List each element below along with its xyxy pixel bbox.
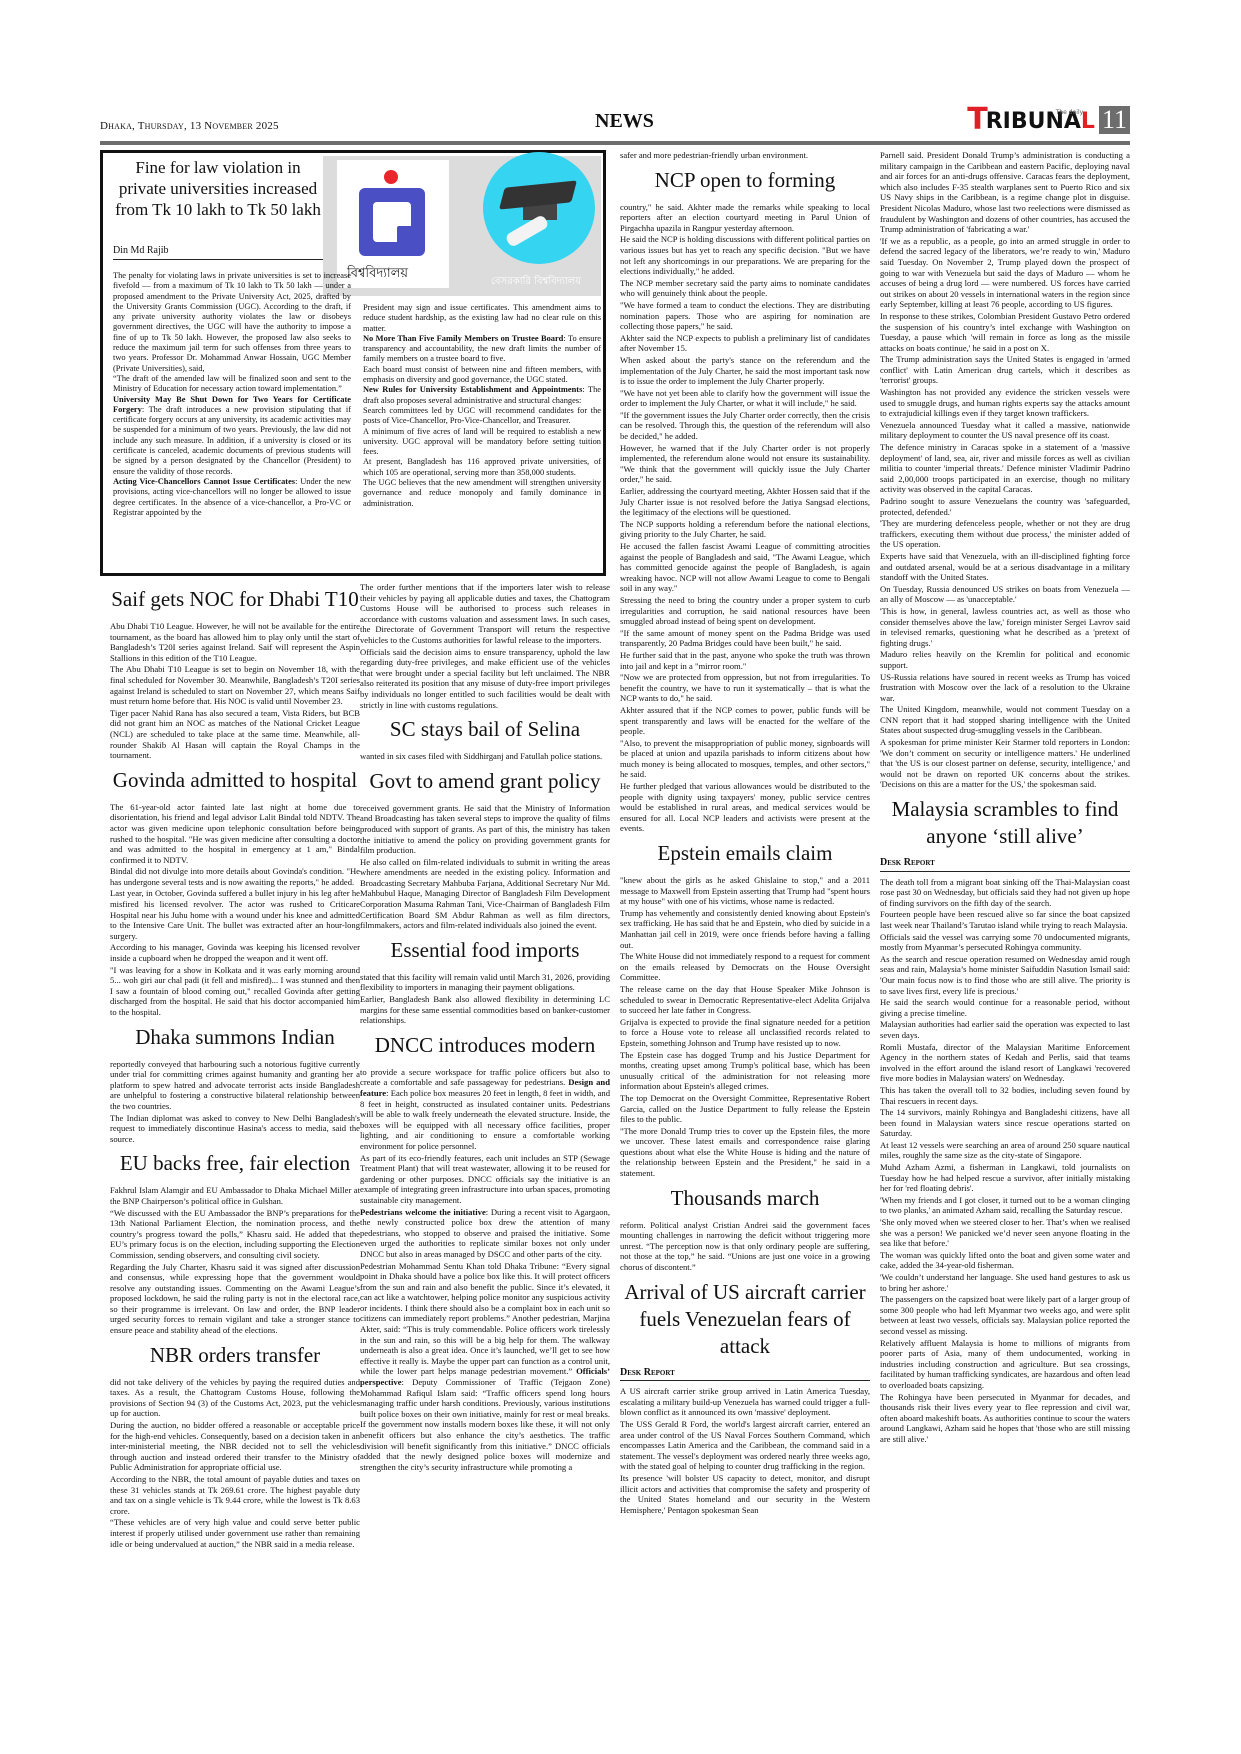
- paragraph: The Trump administration says the United…: [880, 354, 1130, 386]
- paragraph: Experts have said that Venezuela, with a…: [880, 551, 1130, 583]
- paragraph: President may sign and issue certificate…: [363, 303, 601, 334]
- column-3: safer and more pedestrian-friendly urban…: [620, 150, 870, 1516]
- paragraph: The release came on the day that House S…: [620, 984, 870, 1016]
- paragraph: Each board must consist of between nine …: [363, 365, 601, 386]
- paragraph: Fakhrul Islam Alamgir and EU Ambassador …: [110, 1185, 360, 1206]
- paragraph: He further said that in the past, anyone…: [620, 650, 870, 671]
- paragraph: Search committees led by UGC will recomm…: [363, 406, 601, 427]
- headline-nbr: NBR orders transfer: [110, 1342, 360, 1369]
- paragraph: Akhter assured that if the NCP comes to …: [620, 705, 870, 737]
- headline-govinda: Govinda admitted to hospital: [110, 767, 360, 794]
- headline-eu: EU backs free, fair election: [110, 1150, 360, 1177]
- paragraph: reform. Political analyst Cristian Andre…: [620, 1220, 870, 1273]
- paragraph: Regarding the July Charter, Khasru said …: [110, 1262, 360, 1336]
- paragraph: received government grants. He said that…: [360, 803, 610, 856]
- ugc-logo-panel: বিশ্ববিদ্যালয়: [337, 160, 449, 288]
- paragraph: He said the NCP is holding discussions w…: [620, 234, 870, 276]
- paragraph: Earlier, addressing the courtyard meetin…: [620, 486, 870, 518]
- paragraph: The death toll from a migrant boat sinki…: [880, 877, 1130, 909]
- paragraph: Malaysian authorities had earlier said t…: [880, 1019, 1130, 1040]
- paragraph: The penalty for violating laws in privat…: [113, 271, 351, 374]
- paragraph: Venezuela announced Tuesday what it call…: [880, 420, 1130, 441]
- paragraph: He accused the fallen fascist Awami Leag…: [620, 541, 870, 594]
- paragraph: The NCP supports holding a referendum be…: [620, 519, 870, 540]
- logo-tagline: The daily: [1056, 101, 1083, 125]
- paragraph: According to the NBR, the total amount o…: [110, 1474, 360, 1516]
- paragraph: Muhd Azham Azmi, a fisherman in Langkawi…: [880, 1162, 1130, 1194]
- byline-desk-report: Desk Report: [880, 858, 1130, 872]
- newspaper-page: Dhaka, Thursday, 13 November 2025 NEWS T…: [100, 110, 1130, 138]
- paragraph: "We have formed a team to conduct the el…: [620, 300, 870, 332]
- byline-desk-report: Desk Report: [620, 1368, 870, 1382]
- subhead: Acting Vice-Chancellors Cannot Issue Cer…: [113, 477, 295, 486]
- headline-govt: Govt to amend grant policy: [360, 768, 610, 795]
- paragraph: In response to these strikes, Colombian …: [880, 311, 1130, 353]
- paragraph: Abu Dhabi T10 League. However, he will n…: [110, 621, 360, 663]
- paragraph: He also called on film-related individua…: [360, 857, 610, 931]
- feature-article-box: Fine for law violation in private univer…: [100, 150, 606, 576]
- headline-saif: Saif gets NOC for Dhabi T10: [110, 586, 360, 613]
- paragraph: A US aircraft carrier strike group arriv…: [620, 1386, 870, 1418]
- paragraph: The Indian diplomat was asked to convey …: [110, 1113, 360, 1145]
- feature-col-1: The penalty for violating laws in privat…: [113, 271, 351, 518]
- subhead: No More Than Five Family Members on Trus…: [363, 334, 563, 343]
- paragraph-text: : The draft introduces a new provision s…: [113, 405, 351, 476]
- paragraph: 'If we as a republic, as a people, go in…: [880, 236, 1130, 310]
- paragraph: However, he warned that if the July Char…: [620, 443, 870, 485]
- paragraph: The defence ministry in Caracas spoke in…: [880, 442, 1130, 495]
- paragraph: 'We couldn’t understand her language. Sh…: [880, 1272, 1130, 1293]
- paragraph: The USS Gerald R Ford, the world's large…: [620, 1419, 870, 1472]
- paragraph: The order further mentions that if the i…: [360, 582, 610, 646]
- paragraph: Stressing the need to bring the country …: [620, 595, 870, 627]
- paragraph: When asked about the party's stance on t…: [620, 355, 870, 387]
- paragraph: The Epstein case has dogged Trump and hi…: [620, 1050, 870, 1092]
- paragraph: 'When my friends and I got closer, it tu…: [880, 1195, 1130, 1216]
- paragraph: did not take delivery of the vehicles by…: [110, 1377, 360, 1419]
- image-caption: বেসরকারি বিশ্ববিদ্যালয়: [491, 274, 581, 291]
- headline-march: Thousands march: [620, 1185, 870, 1212]
- paragraph: "knew about the girls as he asked Ghisla…: [620, 875, 870, 907]
- paragraph: "Also, to prevent the misappropriation o…: [620, 738, 870, 780]
- paragraph: The NCP member secretary said the party …: [620, 278, 870, 299]
- paragraph: The Rohingya have been persecuted in Mya…: [880, 1392, 1130, 1445]
- headline-dncc: DNCC introduces modern: [360, 1032, 610, 1059]
- paragraph: The passengers on the capsized boat were…: [880, 1294, 1130, 1336]
- paragraph: A spokesman for prime minister Keir Star…: [880, 737, 1130, 790]
- paragraph: The woman was quickly lifted onto the bo…: [880, 1250, 1130, 1271]
- paragraph-text: Pedestrian Mohammad Sentu Khan told Dhak…: [360, 1261, 610, 1377]
- paragraph: According to his manager, Govinda was ke…: [110, 942, 360, 963]
- subhead: New Rules for University Establishment a…: [363, 385, 582, 394]
- paragraph: Washington has not provided any evidence…: [880, 387, 1130, 419]
- feature-col-2: President may sign and issue certificate…: [363, 303, 601, 509]
- logo-wordmark: The daily RIBUNAL: [986, 110, 1095, 134]
- headline-sc: SC stays bail of Selina: [360, 716, 610, 743]
- paragraph: Akhter said the NCP expects to publish a…: [620, 333, 870, 354]
- paragraph: “These vehicles are of very high value a…: [110, 1517, 360, 1549]
- paragraph: "The more Donald Trump tries to cover up…: [620, 1126, 870, 1179]
- paragraph: country," he said. Akhter made the remar…: [620, 202, 870, 234]
- paragraph: US-Russia relations have soured in recen…: [880, 672, 1130, 704]
- section-label: NEWS: [595, 110, 654, 133]
- paragraph: The 14 survivors, mainly Rohingya and Ba…: [880, 1107, 1130, 1139]
- headline-us-carrier: Arrival of US aircraft carrier fuels Ven…: [620, 1279, 870, 1360]
- ugc-bangla-text: বিশ্ববিদ্যালয়: [347, 264, 408, 285]
- paragraph: On Tuesday, Russia denounced US strikes …: [880, 584, 1130, 605]
- paragraph: The United Kingdom, meanwhile, would not…: [880, 704, 1130, 736]
- masthead: Dhaka, Thursday, 13 November 2025 NEWS T…: [100, 110, 1130, 138]
- dateline: Dhaka, Thursday, 13 November 2025: [100, 120, 279, 132]
- graduation-cap-icon: [483, 152, 595, 264]
- paragraph-text: : Each police box measures 20 feet in le…: [360, 1088, 610, 1151]
- paragraph: 'They are murdering defenceless people, …: [880, 518, 1130, 550]
- paragraph: He said the search would continue for a …: [880, 997, 1130, 1018]
- paragraph: 'She only moved when we steered closer t…: [880, 1217, 1130, 1249]
- headline-food: Essential food imports: [360, 937, 610, 964]
- paragraph: Pedestrians welcome the initiative: Duri…: [360, 1207, 610, 1260]
- column-4: Parnell said. President Donald Trump’s a…: [880, 150, 1130, 1446]
- paragraph: Trump has vehemently and consistently de…: [620, 908, 870, 950]
- header-rule: [100, 141, 1130, 145]
- paragraph: "We have not yet been able to clarify ho…: [620, 388, 870, 409]
- paragraph: "If the same amount of money spent on th…: [620, 628, 870, 649]
- paragraph: He further pledged that various allowanc…: [620, 781, 870, 834]
- paragraph: "If the government issues the July Chart…: [620, 410, 870, 442]
- paragraph: During the auction, no bidder offered a …: [110, 1420, 360, 1473]
- ugc-logo-icon: [359, 188, 425, 256]
- subhead: Pedestrians welcome the initiative: [360, 1207, 486, 1217]
- paragraph: Officials said the vessel was carrying s…: [880, 932, 1130, 953]
- paragraph: Romli Mustafa, director of the Malaysian…: [880, 1042, 1130, 1084]
- feature-headline: Fine for law violation in private univer…: [113, 157, 323, 220]
- column-1: Saif gets NOC for Dhabi T10 Abu Dhabi T1…: [110, 580, 360, 1550]
- paragraph: The White House did not immediately resp…: [620, 951, 870, 983]
- paragraph: As the search and rescue operation resum…: [880, 954, 1130, 996]
- headline-epstein: Epstein emails claim: [620, 840, 870, 867]
- paragraph: Last year, in October, Govinda suffered …: [110, 888, 360, 941]
- paragraph: wanted in six cases filed with Siddhirga…: [360, 751, 610, 762]
- headline-ncp: NCP open to forming: [620, 167, 870, 194]
- paragraph: Maduro relies heavily on the Kremlin for…: [880, 649, 1130, 670]
- paragraph: As part of its eco-friendly features, ea…: [360, 1153, 610, 1206]
- paragraph: A minimum of five acres of land will be …: [363, 427, 601, 458]
- paragraph: safer and more pedestrian-friendly urban…: [620, 150, 870, 161]
- paragraph: This has taken the overall toll to 32 bo…: [880, 1085, 1130, 1106]
- paragraph: Parnell said. President Donald Trump’s a…: [880, 150, 1130, 235]
- paragraph: "Now we are protected from oppression, b…: [620, 672, 870, 704]
- paragraph: Grijalva is expected to provide the fina…: [620, 1017, 870, 1049]
- paragraph: The UGC believes that the new amendment …: [363, 478, 601, 509]
- paragraph: 'This is how, in general, lawless countr…: [880, 606, 1130, 648]
- paragraph: to provide a secure workspace for traffi…: [360, 1067, 610, 1152]
- paragraph: The 61-year-old actor fainted late last …: [110, 802, 360, 866]
- paragraph: University May Be Shut Down for Two Year…: [113, 395, 351, 477]
- paragraph: At present, Bangladesh has 116 approved …: [363, 457, 601, 478]
- paragraph: Fourteen people have been rescued alive …: [880, 909, 1130, 930]
- headline-dhaka: Dhaka summons Indian: [110, 1024, 360, 1051]
- feature-byline: Din Md Rajib: [113, 245, 323, 260]
- paragraph: reportedly conveyed that harbouring such…: [110, 1059, 360, 1112]
- paragraph: Tiger pacer Nahid Rana has also secured …: [110, 708, 360, 761]
- paragraph: No More Than Five Family Members on Trus…: [363, 334, 601, 365]
- paragraph: Its presence 'will bolster US capacity t…: [620, 1473, 870, 1515]
- logo-initial: T: [967, 106, 985, 134]
- feature-image: বিশ্ববিদ্যালয় বেসরকারি বিশ্ববিদ্যালয়: [323, 156, 601, 296]
- ugc-red-dot-icon: [384, 170, 398, 184]
- paragraph: “We discussed with the EU Ambassador the…: [110, 1208, 360, 1261]
- paragraph-text: : Deputy Commissioner of Traffic (Tejgao…: [360, 1377, 610, 1472]
- paragraph: “The draft of the amended law will be fi…: [113, 374, 351, 395]
- headline-malaysia: Malaysia scrambles to find anyone ‘still…: [880, 796, 1130, 850]
- paragraph: Pedestrian Mohammad Sentu Khan told Dhak…: [360, 1261, 610, 1473]
- page-number: 11: [1099, 106, 1130, 134]
- paragraph: stated that this facility will remain va…: [360, 972, 610, 993]
- paragraph: Padrino sought to assure Venezuelans the…: [880, 496, 1130, 517]
- tribune-logo: T The daily RIBUNAL 11: [967, 106, 1130, 134]
- paragraph: "I was leaving for a show in Kolkata and…: [110, 965, 360, 1018]
- paragraph: At least 12 vessels were searching an ar…: [880, 1140, 1130, 1161]
- paragraph: Earlier, Bangladesh Bank also allowed fl…: [360, 994, 610, 1026]
- paragraph: Relatively affluent Malaysia is home to …: [880, 1338, 1130, 1391]
- paragraph: The Abu Dhabi T10 League is set to begin…: [110, 664, 360, 706]
- paragraph: Acting Vice-Chancellors Cannot Issue Cer…: [113, 477, 351, 518]
- column-2: The order further mentions that if the i…: [360, 582, 610, 1473]
- paragraph: The top Democrat on the Oversight Commit…: [620, 1093, 870, 1125]
- paragraph: Bindal did not divulge into more details…: [110, 866, 360, 887]
- paragraph: New Rules for University Establishment a…: [363, 385, 601, 406]
- paragraph: Officials said the decision aims to ensu…: [360, 647, 610, 711]
